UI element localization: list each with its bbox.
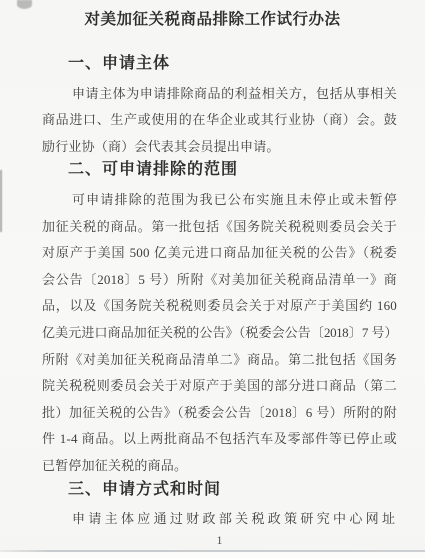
page-bottom-margin bbox=[0, 552, 425, 558]
page-number: 1 bbox=[42, 534, 397, 548]
section-2-paragraph-line: 品，以及《国务院关税税则委员会关于对原产于美国约 160 bbox=[42, 293, 397, 320]
section-2-paragraph-line: 已暂停加征关税的商品。 bbox=[42, 453, 397, 480]
document-title: 对美加征关税商品排除工作试行办法 bbox=[0, 0, 425, 30]
section-3-heading: 三、申请方式和时间 bbox=[42, 477, 397, 504]
section-2-paragraph-line: 院关税税则委员会关于对原产于美国的部分进口商品（第二 bbox=[42, 373, 397, 400]
section-1-paragraph-line: 励行业协（商）会代表其会员提出申请。 bbox=[42, 134, 397, 161]
section-2-paragraph-line: 所附《对美加征关税商品清单二》商品。第二批包括《国务 bbox=[42, 347, 397, 374]
section-2-paragraph-line: 可申请排除的范围为我已公布实施且未停止或未暂停 bbox=[42, 187, 397, 214]
section-2-paragraph-line: 会公告〔2018〕5 号）所附《对美加征关税商品清单一》商 bbox=[42, 267, 397, 294]
scan-artifact-left-edge bbox=[0, 170, 2, 232]
section-1-paragraph-line: 申请主体为申请排除商品的利益相关方，包括从事相关 bbox=[42, 81, 397, 108]
section-2-paragraph-line: 对原产于美国 500 亿美元进口商品加征关税的公告》（税委 bbox=[42, 240, 397, 267]
scan-artifact-top-left bbox=[17, 0, 32, 9]
section-1-heading: 一、申请主体 bbox=[42, 51, 397, 78]
section-2-paragraph-line: 加征关税的商品。第一批包括《国务院关税税则委员会关于 bbox=[42, 214, 397, 241]
section-1-paragraph-line: 商品进口、生产或使用的在华企业或其行业协（商）会。鼓 bbox=[42, 107, 397, 134]
document-page: 对美加征关税商品排除工作试行办法 一、申请主体 申请主体为申请排除商品的利益相关… bbox=[0, 0, 425, 558]
section-2-paragraph-line: 亿美元进口商品加征关税的公告》（税委会公告〔2018〕7 号） bbox=[42, 320, 397, 347]
section-2-heading: 二、可申请排除的范围 bbox=[42, 157, 397, 184]
section-2-paragraph-line: 批）加征关税的公告》（税委会公告〔2018〕6 号）所附的附 bbox=[42, 400, 397, 427]
document-body: 一、申请主体 申请主体为申请排除商品的利益相关方，包括从事相关 商品进口、生产或… bbox=[42, 51, 397, 533]
section-3-paragraph-line: 申请主体应通过财政部关税政策研究中心网址 bbox=[42, 506, 397, 533]
section-2-paragraph-line: 件 1-4 商品。以上两批商品不包括汽车及零部件等已停止或 bbox=[42, 426, 397, 453]
